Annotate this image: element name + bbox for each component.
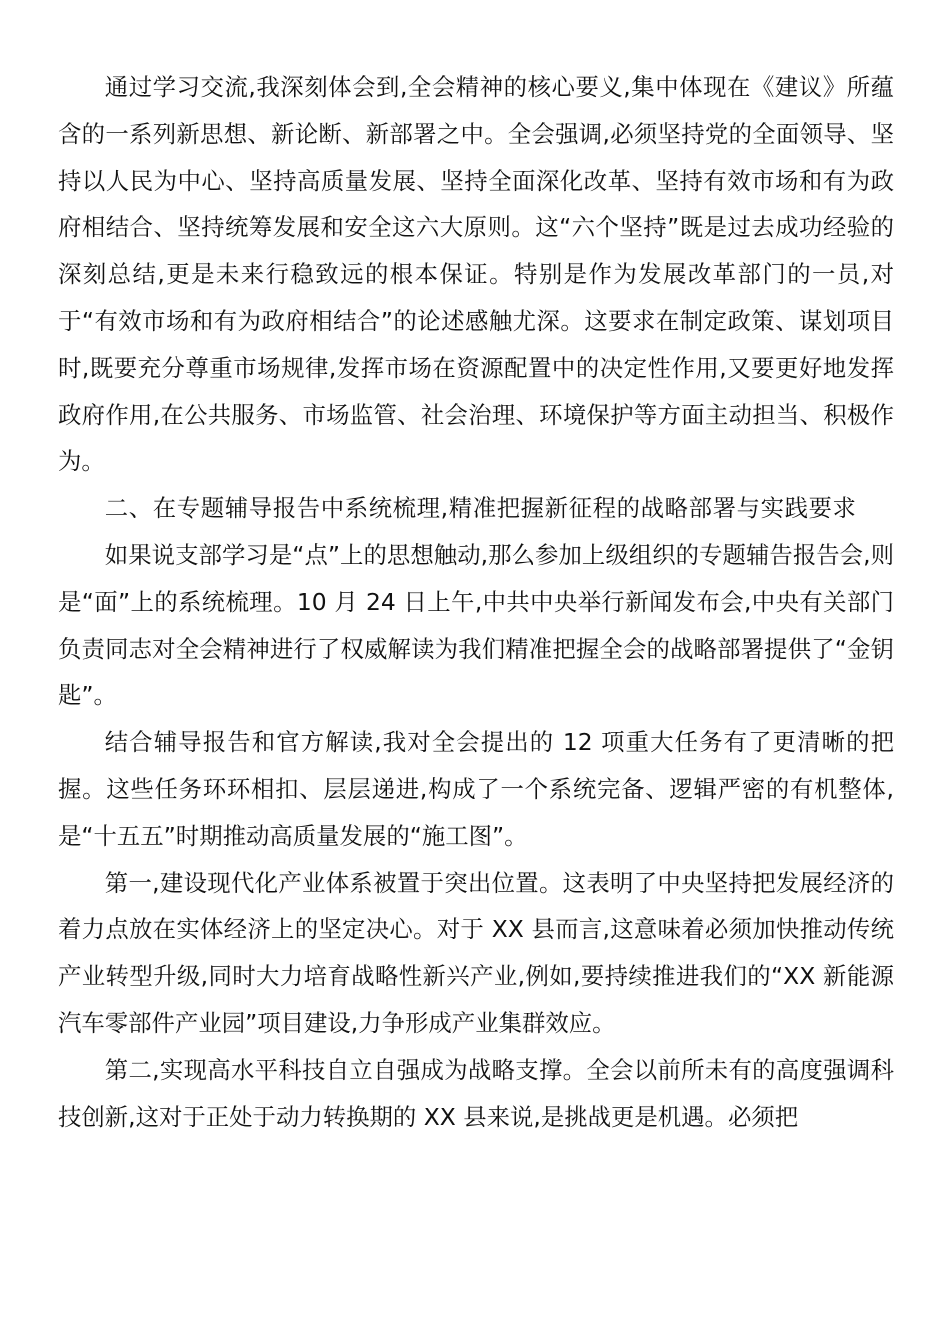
paragraph-twelve-tasks: 结合辅导报告和官方解读,我对全会提出的 12 项重大任务有了更清晰的把握。这些任… (58, 719, 894, 859)
paragraph-special-report: 如果说支部学习是“点”上的思想触动,那么参加上级组织的专题辅告报告会,则是“面”… (58, 532, 894, 719)
paragraph-second-technology: 第二,实现高水平科技自立自强成为战略支撑。全会以前所未有的高度强调科技创新,这对… (58, 1047, 894, 1141)
paragraph-first-industry: 第一,建设现代化产业体系被置于突出位置。这表明了中央坚持把发展经济的着力点放在实… (58, 860, 894, 1047)
section-heading-two: 二、在专题辅导报告中系统梳理,精准把握新征程的战略部署与实践要求 (58, 485, 894, 532)
paragraph-core-essence: 通过学习交流,我深刻体会到,全会精神的核心要义,集中体现在《建议》所蕴含的一系列… (58, 64, 894, 485)
document-page: 通过学习交流,我深刻体会到,全会精神的核心要义,集中体现在《建议》所蕴含的一系列… (58, 64, 894, 1140)
